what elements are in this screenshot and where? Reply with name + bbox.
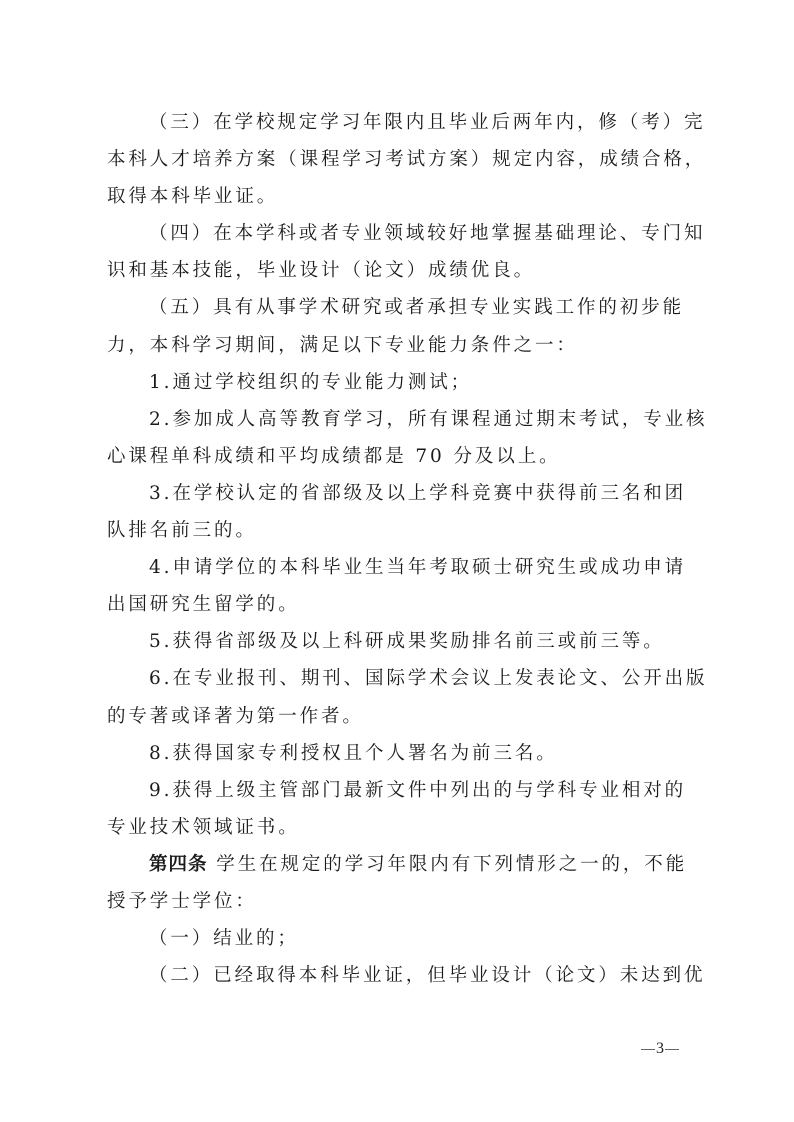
document-body: （三）在学校规定学习年限内且毕业后两年内，修（考）完 本科人才培养方案（课程学习… — [107, 104, 707, 994]
paragraph-line: 授予学士学位： — [107, 883, 707, 920]
list-item-line: 9.获得上级主管部门最新文件中列出的与学科专业相对的 — [107, 772, 707, 809]
list-item-line: 专业技术领域证书。 — [107, 809, 707, 846]
list-item-line: 队排名前三的。 — [107, 512, 707, 549]
list-item-line: 6.在专业报刊、期刊、国际学术会议上发表论文、公开出版 — [107, 660, 707, 697]
list-item-line: 4.申请学位的本科毕业生当年考取硕士研究生或成功申请 — [107, 549, 707, 586]
paragraph-line: （四）在本学科或者专业领域较好地掌握基础理论、专门知 — [107, 215, 707, 252]
paragraph-line: （三）在学校规定学习年限内且毕业后两年内，修（考）完 — [107, 104, 707, 141]
list-item-line: 3.在学校认定的省部级及以上学科竞赛中获得前三名和团 — [107, 475, 707, 512]
paragraph-line: 取得本科毕业证。 — [107, 178, 707, 215]
list-item-line: 出国研究生留学的。 — [107, 586, 707, 623]
document-page: （三）在学校规定学习年限内且毕业后两年内，修（考）完 本科人才培养方案（课程学习… — [0, 0, 794, 1122]
page-number: 3 — [641, 1040, 679, 1058]
list-item-line: （二）已经取得本科毕业证，但毕业设计（论文）未达到优 — [107, 957, 707, 994]
dash-decoration — [641, 1049, 655, 1051]
paragraph-line: 本科人才培养方案（课程学习考试方案）规定内容，成绩合格， — [107, 141, 707, 178]
paragraph-line: 力，本科学习期间，满足以下专业能力条件之一： — [107, 327, 707, 364]
article-heading-line: 第四条 学生在规定的学习年限内有下列情形之一的，不能 — [107, 846, 707, 883]
list-item-line: （一）结业的； — [107, 920, 707, 957]
list-item-line: 8.获得国家专利授权且个人署名为前三名。 — [107, 735, 707, 772]
dash-decoration — [665, 1049, 679, 1051]
article-text: 学生在规定的学习年限内有下列情形之一的，不能 — [208, 854, 688, 875]
list-item-line: 2.参加成人高等教育学习，所有课程通过期末考试，专业核 — [107, 401, 707, 438]
list-item-line: 心课程单科成绩和平均成绩都是 70 分及以上。 — [107, 438, 707, 475]
list-item-line: 1.通过学校组织的专业能力测试； — [107, 364, 707, 401]
list-item-line: 5.获得省部级及以上科研成果奖励排名前三或前三等。 — [107, 623, 707, 660]
list-item-line: 的专著或译著为第一作者。 — [107, 698, 707, 735]
article-number: 第四条 — [149, 854, 208, 875]
paragraph-line: （五）具有从事学术研究或者承担专业实践工作的初步能 — [107, 289, 707, 326]
paragraph-line: 识和基本技能，毕业设计（论文）成绩优良。 — [107, 252, 707, 289]
page-number-value: 3 — [655, 1040, 665, 1057]
